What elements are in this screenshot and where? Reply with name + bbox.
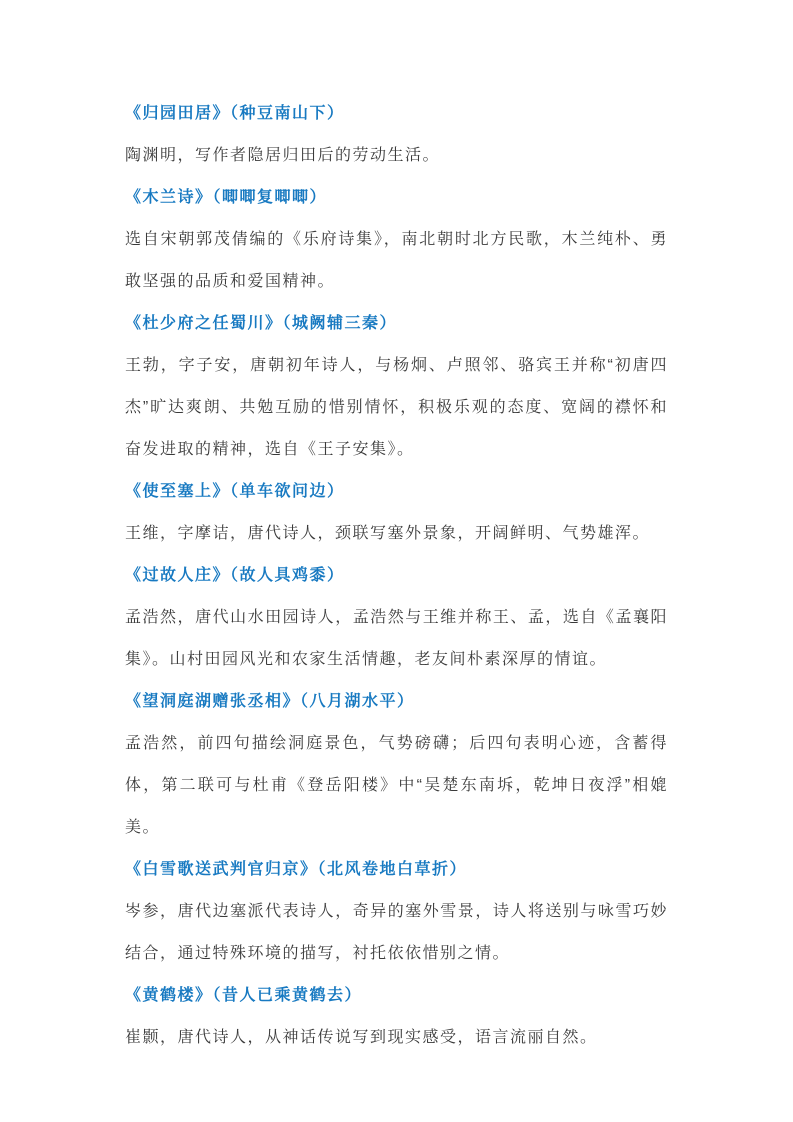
poem-description: 孟浩然，前四句描绘洞庭景色，气势磅礴；后四句表明心迹，含蓄得体，第二联可与杜甫《… [125, 723, 668, 849]
poem-description: 孟浩然，唐代山水田园诗人，孟浩然与王维并称王、孟，选自《孟襄阳集》。山村田园风光… [125, 597, 668, 681]
poem-section: 《木兰诗》（唧唧复唧唧） 选自宋朝郭茂倩编的《乐府诗集》，南北朝时北方民歌，木兰… [125, 177, 668, 303]
document-page: 《归园田居》（种豆南山下） 陶渊明，写作者隐居归田后的劳动生活。 《木兰诗》（唧… [0, 0, 793, 1122]
poem-description: 选自宋朝郭茂倩编的《乐府诗集》，南北朝时北方民歌，木兰纯朴、勇敢坚强的品质和爱国… [125, 219, 668, 303]
poem-section: 《使至塞上》（单车欲问边） 王维，字摩诘，唐代诗人，颈联写塞外景象，开阔鲜明、气… [125, 471, 668, 555]
poem-title: 《黄鹤楼》（昔人已乘黄鹤去） [125, 975, 668, 1017]
poem-title: 《望洞庭湖赠张丞相》（八月湖水平） [125, 681, 668, 723]
poem-title: 《归园田居》（种豆南山下） [125, 93, 668, 135]
poem-description: 岑参，唐代边塞派代表诗人，奇异的塞外雪景，诗人将送别与咏雪巧妙结合，通过特殊环境… [125, 891, 668, 975]
poem-section: 《白雪歌送武判官归京》（北风卷地白草折） 岑参，唐代边塞派代表诗人，奇异的塞外雪… [125, 849, 668, 975]
poem-section: 《黄鹤楼》（昔人已乘黄鹤去） 崔颢，唐代诗人，从神话传说写到现实感受，语言流丽自… [125, 975, 668, 1059]
poem-section: 《过故人庄》（故人具鸡黍） 孟浩然，唐代山水田园诗人，孟浩然与王维并称王、孟，选… [125, 555, 668, 681]
poem-title: 《白雪歌送武判官归京》（北风卷地白草折） [125, 849, 668, 891]
poem-title: 《杜少府之任蜀川》（城阙辅三秦） [125, 303, 668, 345]
poem-title: 《木兰诗》（唧唧复唧唧） [125, 177, 668, 219]
poem-description: 王勃，字子安，唐朝初年诗人，与杨炯、卢照邻、骆宾王并称“初唐四杰”旷达爽朗、共勉… [125, 345, 668, 471]
poem-section: 《杜少府之任蜀川》（城阙辅三秦） 王勃，字子安，唐朝初年诗人，与杨炯、卢照邻、骆… [125, 303, 668, 471]
poem-description: 崔颢，唐代诗人，从神话传说写到现实感受，语言流丽自然。 [125, 1017, 668, 1059]
poem-section: 《望洞庭湖赠张丞相》（八月湖水平） 孟浩然，前四句描绘洞庭景色，气势磅礴；后四句… [125, 681, 668, 849]
poem-title: 《过故人庄》（故人具鸡黍） [125, 555, 668, 597]
poem-description: 王维，字摩诘，唐代诗人，颈联写塞外景象，开阔鲜明、气势雄浑。 [125, 513, 668, 555]
poem-section: 《归园田居》（种豆南山下） 陶渊明，写作者隐居归田后的劳动生活。 [125, 93, 668, 177]
poem-title: 《使至塞上》（单车欲问边） [125, 471, 668, 513]
poem-description: 陶渊明，写作者隐居归田后的劳动生活。 [125, 135, 668, 177]
